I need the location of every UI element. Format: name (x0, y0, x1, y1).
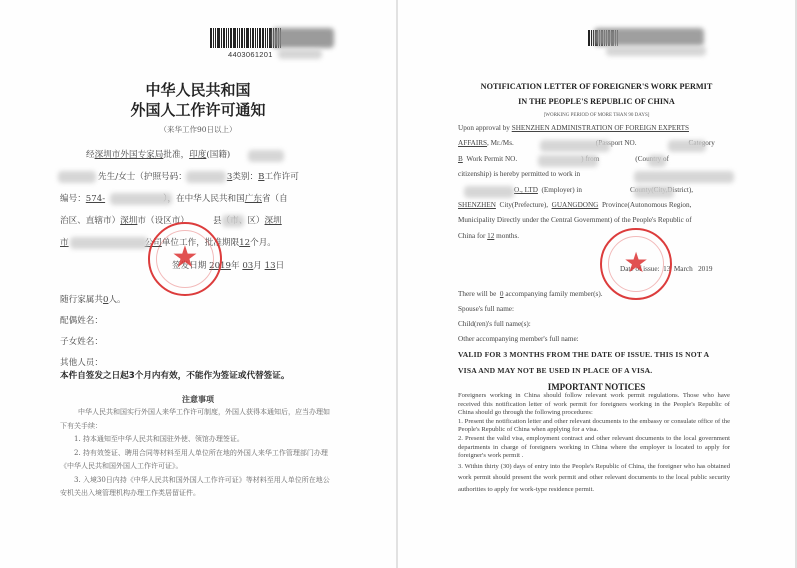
family-section: There will be 0 accompanying family memb… (458, 287, 603, 347)
english-notification-page: NOTIFICATION LETTER OF FOREIGNER'S WORK … (398, 0, 797, 568)
family-section: 随行家属共0人。 配偶姓名： 子女姓名： 其他人员： (60, 290, 126, 374)
city: 深圳 (120, 216, 137, 226)
chinese-notification-page: 4403061201 中华人民共和国 外国人工作许可通知 （来华工作90日以上）… (0, 0, 398, 568)
accompanying-count-line: There will be 0 accompanying family memb… (458, 287, 603, 302)
redacted-barcode-digits (606, 46, 706, 56)
accompanying-count: 0 (500, 290, 504, 298)
document-title-line2: IN THE PEOPLE'S REPUBLIC OF CHINA (398, 95, 795, 109)
notice-item: 1. 持本通知至中华人民共和国驻外使、领馆办理签证。 (60, 433, 330, 447)
redacted-barcode-part (272, 28, 334, 48)
redacted-country (648, 155, 666, 167)
spouse-label: Spouse's full name: (458, 302, 603, 317)
others-label: Other accompanying member's full name: (458, 332, 603, 347)
issue-year: 2019 (209, 261, 231, 271)
body-line-8: China for 12 months. (458, 229, 738, 244)
redacted-employer (70, 237, 148, 249)
approval-period: 12 (487, 232, 494, 240)
issue-day: 13 (265, 261, 276, 271)
barcode-number: 4403061201 (228, 50, 273, 59)
redacted-barcode-digits (278, 49, 322, 59)
province: 广东 (245, 194, 262, 204)
notices-intro: Foreigners working in China should follo… (458, 392, 730, 418)
redacted-employer (634, 171, 734, 183)
notice-item: 2. 持有效签证、聘用合同等材料至用人单位所在地的外国人来华工作管理部门办理《中… (60, 447, 330, 474)
notice-item: 3. Within thirty (30) days of entry into… (458, 461, 730, 495)
notices-list: Foreigners working in China should follo… (458, 392, 730, 495)
body-line-7: Municipality Directly under the Central … (458, 213, 738, 228)
redacted-passport (186, 171, 226, 183)
redacted-name (248, 150, 284, 162)
spouse-label: 配偶姓名： (60, 311, 126, 332)
city: SHENZHEN (458, 201, 496, 209)
document-title-line1: 中华人民共和国 (0, 80, 396, 100)
issue-month: March (674, 265, 693, 273)
approving-authority: SHENZHEN ADMINISTRATION OF FOREIGN EXPER… (512, 124, 689, 132)
body-line-1: 经深圳市外国专家局批准，印度(国籍) (60, 144, 360, 166)
redacted-passport (668, 140, 706, 152)
notices-intro: 中华人民共和国实行外国人来华工作许可制度，外国人获得本通知后，应当办理如下有关手… (60, 406, 330, 433)
notice-item: 1. Present the notification letter and o… (458, 418, 730, 435)
accompanying-count-line: 随行家属共0人。 (60, 290, 126, 311)
validity-statement: 本件自签发之日起3个月内有效，不能作为签证或代替签证。 (60, 369, 289, 381)
approval-period: 12 (239, 238, 250, 248)
children-label: 子女姓名： (60, 332, 126, 353)
issue-date: 签发日期 2019年 03月 13日 (172, 255, 284, 277)
nationality: 印度 (189, 150, 206, 160)
redacted-name (58, 171, 96, 183)
children-label: Child(ren)'s full name(s): (458, 317, 603, 332)
document-subtitle: [WORKING PERIOD OF MORE THAN 90 DAYS] (398, 113, 795, 118)
document-title-line1: NOTIFICATION LETTER OF FOREIGNER'S WORK … (398, 80, 795, 94)
redacted-name (540, 140, 610, 152)
body-line-4: 治区、直辖市）深圳市（设区市）县（市、区）深圳 (60, 210, 360, 232)
redacted-employer (464, 186, 514, 198)
notices-list: 中华人民共和国实行外国人来华工作许可制度，外国人获得本通知后，应当办理如下有关手… (60, 406, 330, 501)
notice-item: 2. Present the valid visa, employment co… (458, 435, 730, 461)
validity-statement: VALID FOR 3 MONTHS FROM THE DATE OF ISSU… (458, 347, 709, 379)
issue-day: 13 (663, 265, 670, 273)
employer: O., LTD (514, 186, 538, 194)
redacted-barcode (594, 28, 704, 46)
document-title-line2: 外国人工作许可通知 (0, 100, 396, 120)
permit-number: 574- (86, 194, 105, 204)
redacted-permit-number (538, 155, 598, 167)
body-line-1: Upon approval by SHENZHEN ADMINISTRATION… (458, 121, 738, 136)
permit-category: B (458, 155, 463, 163)
notices-heading: IMPORTANT NOTICES (398, 382, 795, 392)
province: GUANGDONG (552, 201, 599, 209)
notice-item: 3. 入境30日内持《中华人民共和国外国人工作许可证》等材料至用人单位所在地公安… (60, 474, 330, 501)
redacted-district (634, 186, 674, 198)
document-subtitle: （来华工作90日以上） (0, 124, 396, 135)
body-line-3: B Work Permit NO.) from(Country of (458, 152, 738, 167)
redacted-permit-number (110, 193, 172, 205)
issue-date: Date of issue: 13 March 2019 (620, 262, 712, 277)
issue-month: 03 (242, 261, 253, 271)
body-line-3: 编号：574-），在中华人民共和国广东省（自 (60, 188, 360, 210)
body-line-6: SHENZHEN City(Prefecture), GUANGDONG Pro… (458, 198, 738, 213)
issue-year: 2019 (698, 265, 712, 273)
approving-authority: 深圳市外国专家局 (95, 150, 164, 160)
redacted-district (222, 215, 244, 227)
notices-heading: 注意事项 (0, 394, 396, 405)
